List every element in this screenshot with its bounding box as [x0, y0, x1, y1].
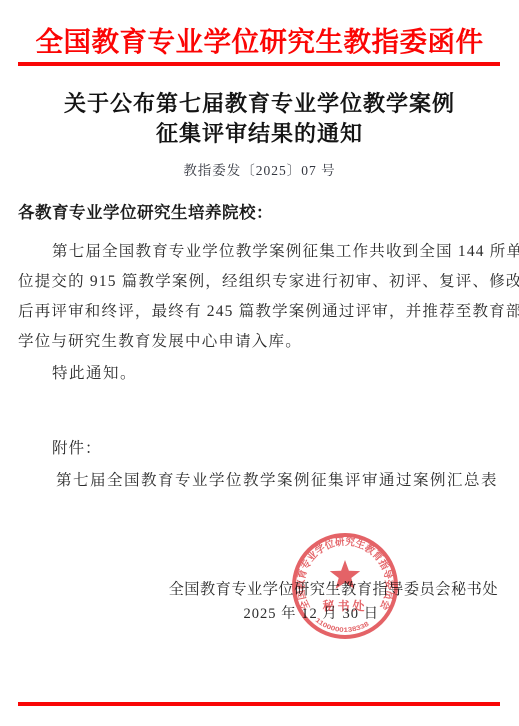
- attachment-label: 附件：: [52, 436, 102, 458]
- notice-document-page: 全国教育专业学位研究生教指委函件 关于公布第七届教育专业学位教学案例 征集评审结…: [0, 0, 519, 726]
- signer-name: 全国教育专业学位研究生教育指导委员会秘书处: [169, 580, 498, 600]
- document-title: 关于公布第七届教育专业学位教学案例 征集评审结果的通知: [0, 89, 519, 148]
- header-red-rule: [18, 62, 500, 66]
- attachment-title: 第七届全国教育专业学位教学案例征集评审通过案例汇总表: [56, 468, 498, 490]
- salutation-line: 各教育专业学位研究生培养院校：: [18, 199, 273, 223]
- letterhead-title: 全国教育专业学位研究生教指委函件: [0, 19, 519, 59]
- document-title-line2: 征集评审结果的通知: [0, 119, 519, 149]
- body-paragraph: 第七届全国教育专业学位教学案例征集工作共收到全国 144 所单 位提交的 915…: [18, 237, 502, 357]
- document-title-line1: 关于公布第七届教育专业学位教学案例: [0, 89, 519, 119]
- signature-block: 全国教育专业学位研究生教育指导委员会秘书处 2025 年 12 月 30 日: [169, 580, 498, 624]
- body-line: 第七届全国教育专业学位教学案例征集工作共收到全国 144 所单: [18, 237, 502, 267]
- footer-red-rule: [18, 702, 500, 706]
- body-line: 位提交的 915 篇教学案例，经组织专家进行初审、初评、复评、修改: [18, 267, 502, 297]
- body-line: 后再评审和终评，最终有 245 篇教学案例通过评审，并推荐至教育部: [18, 297, 502, 327]
- signature-date: 2025 年 12 月 30 日: [147, 604, 476, 624]
- body-line: 学位与研究生教育发展中心申请入库。: [18, 327, 502, 357]
- closing-line: 特此通知。: [52, 363, 137, 385]
- document-number: 教指委发〔2025〕07 号: [0, 159, 519, 179]
